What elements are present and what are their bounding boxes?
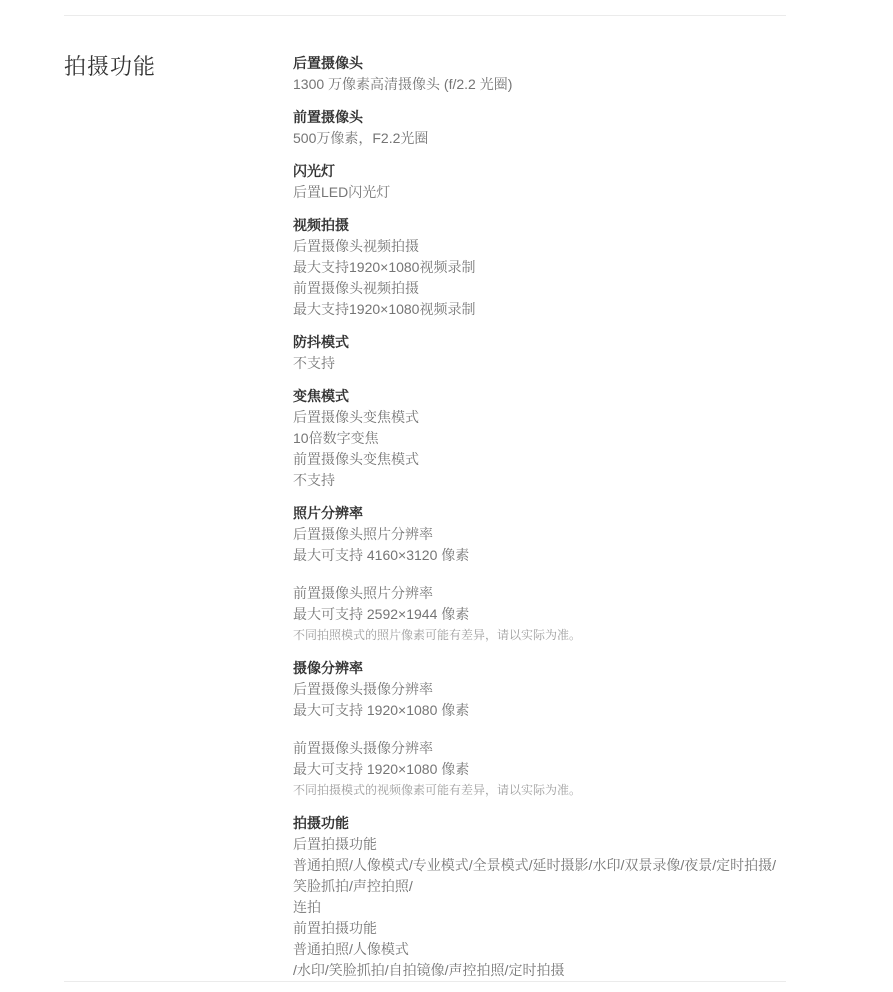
spec-line: /水印/笑脸抓拍/自拍镜像/声控拍照/定时拍摄 [293,960,786,981]
spec-line: 前置摄像头视频拍摄 [293,278,786,299]
spec-line: 最大可支持 1920×1080 像素 [293,700,786,721]
spec-line: 前置摄像头摄像分辨率 [293,738,786,759]
spec-group-heading: 照片分辨率 [293,503,786,524]
spec-line: 前置摄像头变焦模式 [293,449,786,470]
spec-section: 拍摄功能 后置摄像头 1300 万像素高清摄像头 (f/2.2 光圈) 前置摄像… [64,15,786,982]
spec-line: 后置摄像头变焦模式 [293,407,786,428]
spec-line: 1300 万像素高清摄像头 (f/2.2 光圈) [293,74,786,95]
spec-group: 视频拍摄 后置摄像头视频拍摄最大支持1920×1080视频录制前置摄像头视频拍摄… [293,215,786,320]
spec-group-heading: 变焦模式 [293,386,786,407]
spec-line: 最大可支持 1920×1080 像素 [293,759,786,780]
spec-line: 最大支持1920×1080视频录制 [293,299,786,320]
spec-line: 前置摄像头照片分辨率 [293,583,786,604]
spec-note: 不同拍照模式的照片像素可能有差异，请以实际为准。 [293,625,786,646]
spec-group: 后置摄像头 1300 万像素高清摄像头 (f/2.2 光圈) [293,53,786,95]
spec-line: 后置摄像头照片分辨率 [293,524,786,545]
category-title: 拍摄功能 [64,53,293,81]
spec-note: 不同拍摄模式的视频像素可能有差异，请以实际为准。 [293,780,786,801]
spec-group: 防抖模式 不支持 [293,332,786,374]
spec-group-heading: 后置摄像头 [293,53,786,74]
spec-group: 变焦模式 后置摄像头变焦模式10倍数字变焦前置摄像头变焦模式不支持 [293,386,786,491]
spec-line: 连拍 [293,897,786,918]
spec-group-heading: 视频拍摄 [293,215,786,236]
spec-line: 后置摄像头摄像分辨率 [293,679,786,700]
spec-line: 后置拍摄功能 [293,834,786,855]
spec-group: 拍摄功能 后置拍摄功能普通拍照/人像模式/专业模式/全景模式/延时摄影/水印/双… [293,813,786,981]
spec-group: 闪光灯 后置LED闪光灯 [293,161,786,203]
spec-groups: 后置摄像头 1300 万像素高清摄像头 (f/2.2 光圈) 前置摄像头 500… [293,53,786,982]
spec-line: 普通拍照/人像模式/专业模式/全景模式/延时摄影/水印/双景录像/夜景/定时拍摄… [293,855,786,897]
spec-line: 最大可支持 4160×3120 像素 [293,545,786,566]
spec-line: 后置LED闪光灯 [293,182,786,203]
spec-line: 前置拍摄功能 [293,918,786,939]
spec-group-heading: 闪光灯 [293,161,786,182]
spec-line: 10倍数字变焦 [293,428,786,449]
spec-line: 不支持 [293,353,786,374]
blank-line [293,721,786,738]
spec-line: 最大支持1920×1080视频录制 [293,257,786,278]
spec-line: 不支持 [293,470,786,491]
spec-line: 500万像素，F2.2光圈 [293,128,786,149]
spec-group: 照片分辨率 后置摄像头照片分辨率最大可支持 4160×3120 像素前置摄像头照… [293,503,786,646]
spec-group: 摄像分辨率 后置摄像头摄像分辨率最大可支持 1920×1080 像素前置摄像头摄… [293,658,786,801]
blank-line [293,566,786,583]
spec-line: 后置摄像头视频拍摄 [293,236,786,257]
spec-line: 最大可支持 2592×1944 像素 [293,604,786,625]
spec-group-heading: 拍摄功能 [293,813,786,834]
spec-group-heading: 防抖模式 [293,332,786,353]
spec-group-heading: 摄像分辨率 [293,658,786,679]
spec-line: 普通拍照/人像模式 [293,939,786,960]
spec-group: 前置摄像头 500万像素，F2.2光圈 [293,107,786,149]
page: 拍摄功能 后置摄像头 1300 万像素高清摄像头 (f/2.2 光圈) 前置摄像… [0,0,893,992]
spec-group-heading: 前置摄像头 [293,107,786,128]
